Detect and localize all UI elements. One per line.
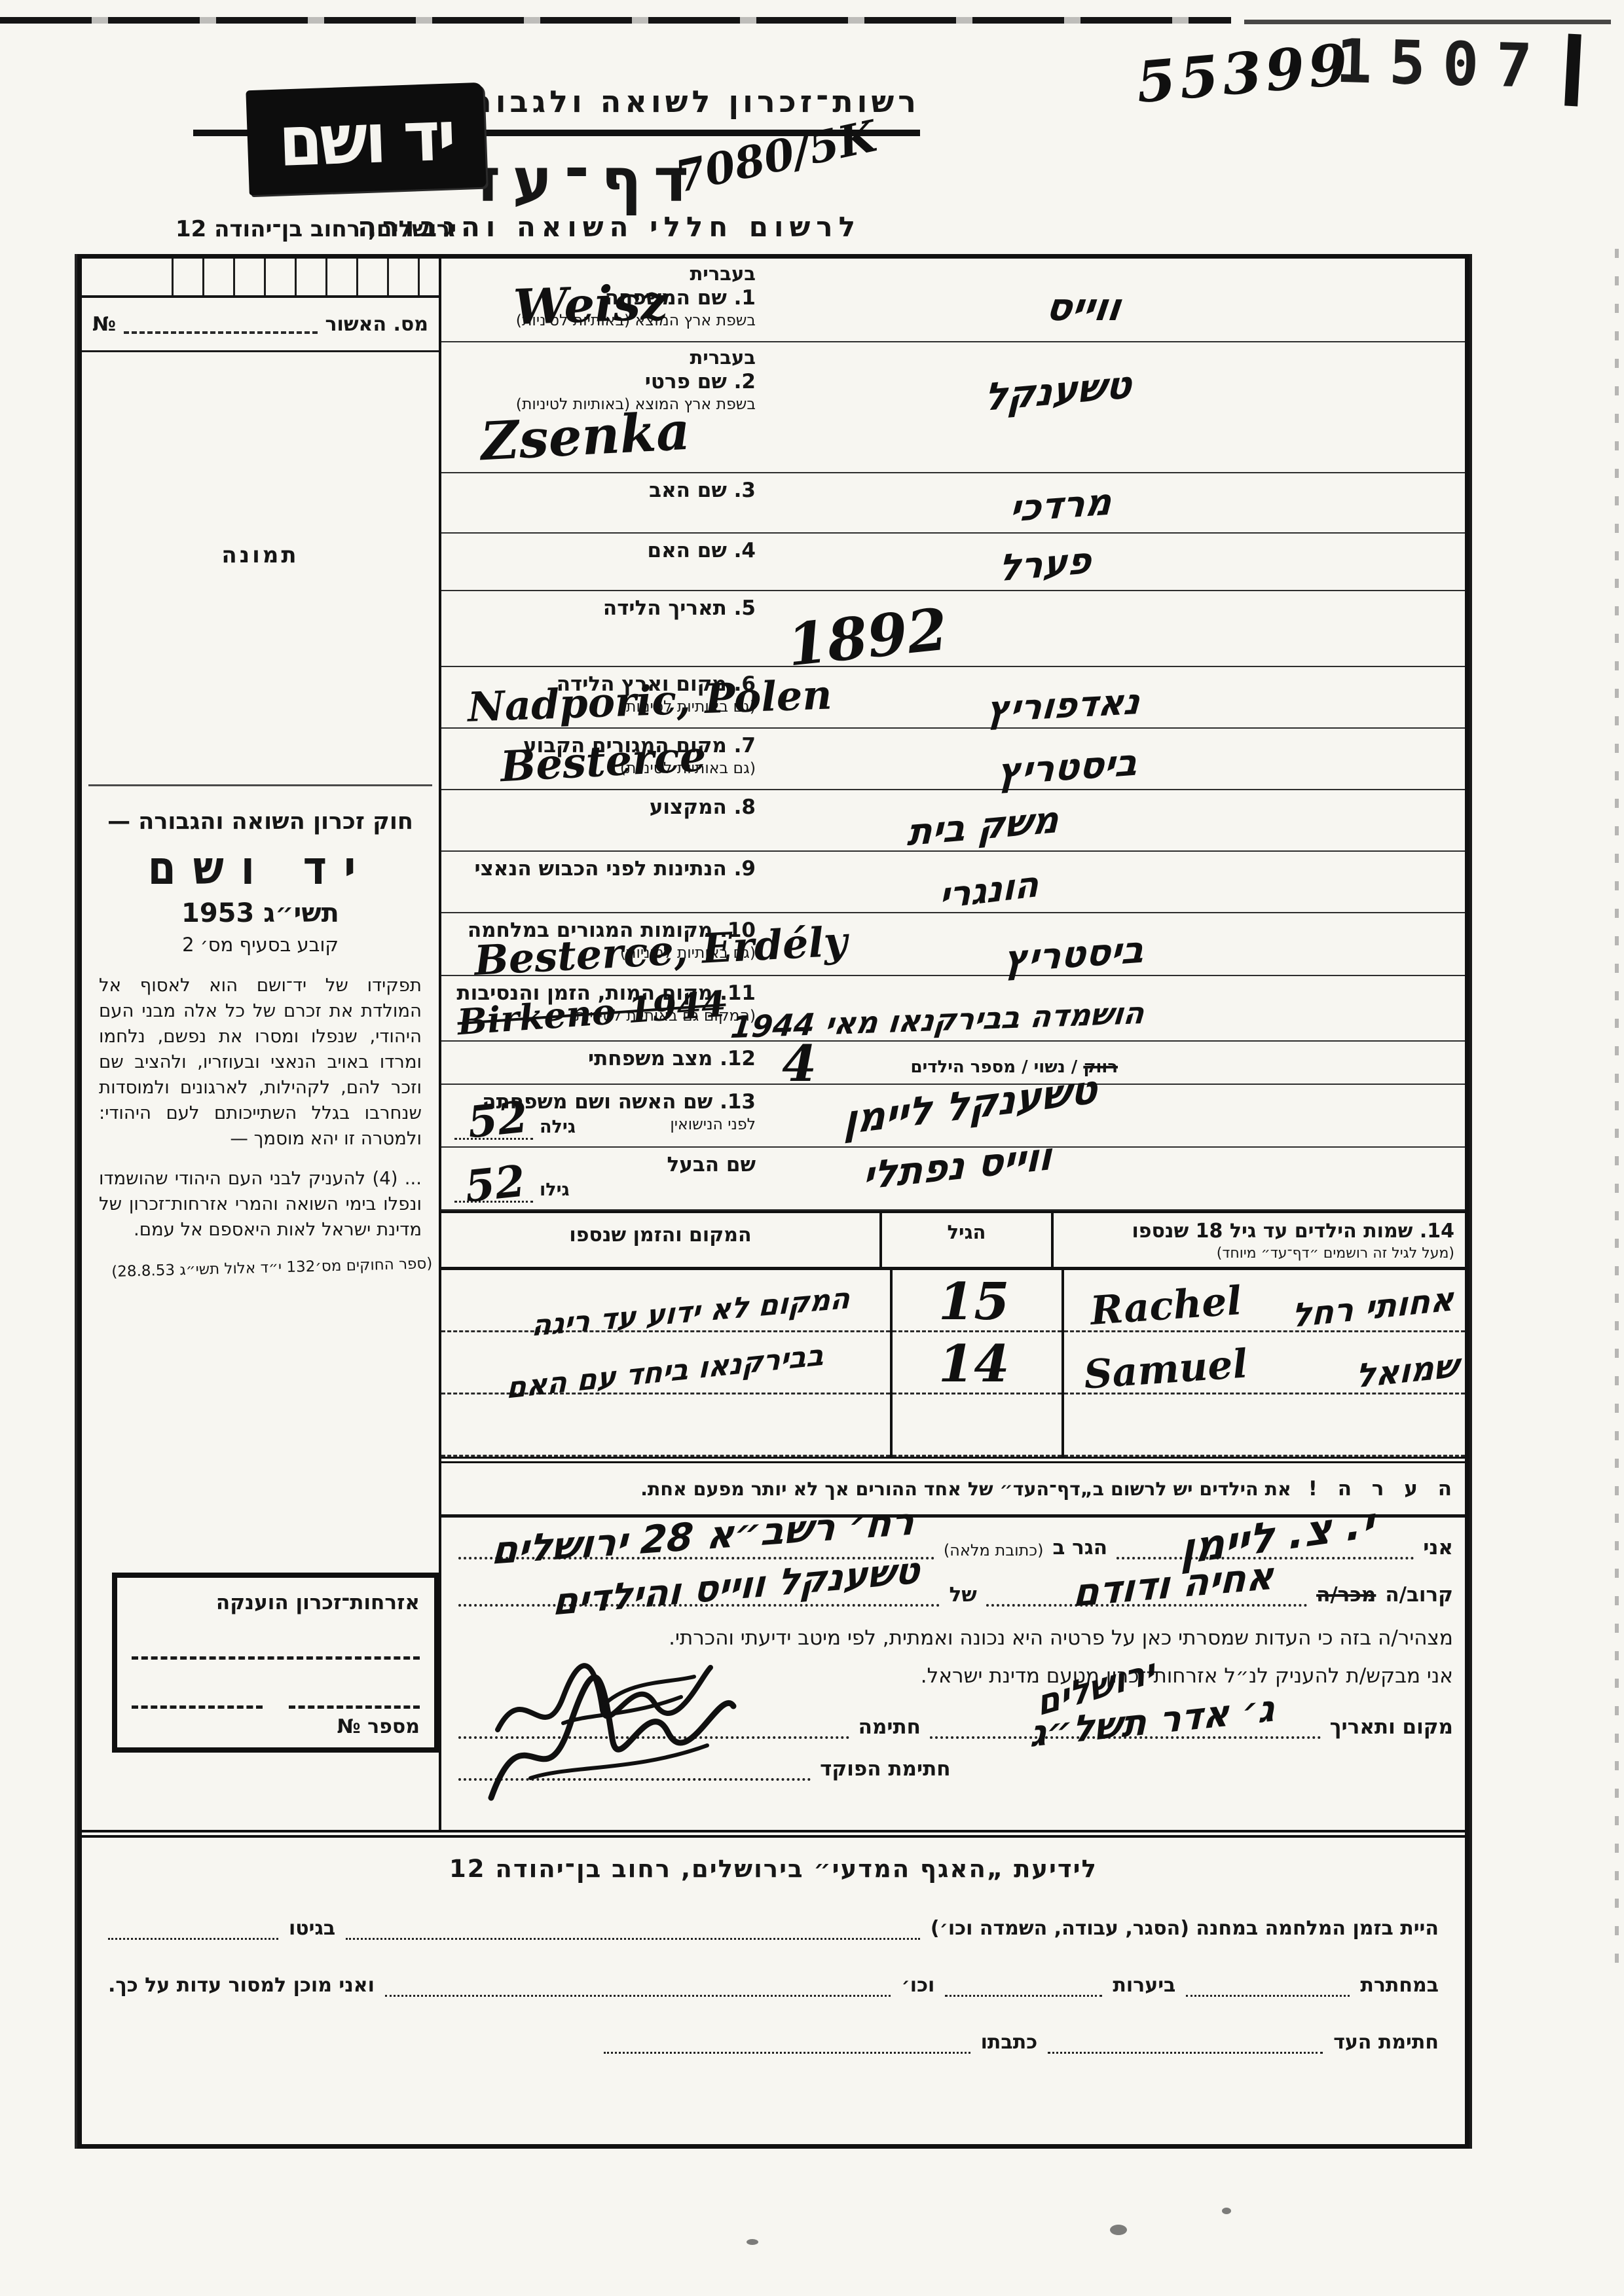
child-place-row-empty [441,1394,890,1457]
field-row-citizenship: 9. הנתינות לפני הכבוש הנאצי הונגרי [441,852,1465,913]
place-date-blank: ירושלים ג׳ אדר תשל״ג [930,1714,1321,1739]
col-age-header: הגיל [879,1213,1054,1267]
bottom-title: לידיעת „האגף המדעי״ בירושלים, רחוב בן־יה… [108,1855,1439,1883]
scan-streak [1244,20,1611,24]
etc-label: וכו׳ [901,1974,934,1997]
decl-resident: הגר ב [1052,1536,1107,1559]
scan-mark [1564,34,1581,107]
law-yad-vashem-logo: יד ושם [99,841,422,896]
form-frame: בעברית 1. שם המשפחה בשפת ארץ המוצא (באות… [77,254,1469,2149]
child-name-hebrew: שמואל [1355,1347,1459,1396]
value-latin: Birkeno 1944 [456,983,727,1043]
form-main: בעברית 1. שם המשפחה בשפת ארץ המוצא (באות… [82,259,1465,1830]
scientific-branch-section: לידיעת „האגף המדעי״ בירושלים, רחוב בן־יה… [82,1830,1465,2157]
field-row-mother-name: 4. שם האם פערל [441,534,1465,591]
value-hebrew: ביסטריץ [996,741,1139,793]
note-heading: ה ע ר ה ! [1308,1477,1458,1501]
grant-dashed-line [289,1692,420,1709]
value-hebrew: הונגרי [939,863,1039,917]
approval-label: מס. האשור [325,313,429,336]
forests-label: ביערות [1113,1974,1175,1997]
fields-column: בעברית 1. שם המשפחה בשפת ארץ המוצא (באות… [439,259,1465,1830]
decl-rel-struck: מכר/ה [1316,1583,1376,1607]
underground-label: במחתרת [1360,1974,1439,1997]
field-row-permanent-residence: 7. מקום המגורים הקבוע (גם באותיות לטיניו… [441,729,1465,790]
etc-blank [385,1975,891,1997]
logo-text: יד ושם [278,96,455,182]
decl-statement-text: מצהיר/ה בזה כי העדות שמסרתי כאן על פרטיה… [669,1626,1453,1650]
decl-line-relation: קרוב/ה מכר/ה אחיה ודודם של טשענקל ווייס … [458,1582,1453,1607]
clerk-signature-label: חתימת הפוקד [820,1757,950,1781]
field-row-wartime-residence: 10. מקומות המגורים במלחמה (גם באותיות לט… [441,913,1465,976]
bottom-line-witness: חתימת העד כתבתו [108,2031,1439,2054]
husband-age-hw: 52 [462,1155,528,1212]
witness-address-blank [604,2032,970,2054]
value-latin: Nadporic, Polen [467,670,833,731]
declaration-section: אני י. צ. ליימן הגר ב (כתובת מלאה) רח׳ ר… [441,1518,1465,1830]
clerk-signature-blank [458,1756,811,1781]
approval-number-row: מס. האשור № [82,298,439,352]
camps-blank [346,1918,920,1940]
grant-dashed-line [132,1692,263,1709]
child-name-latin: Samuel [1082,1341,1249,1398]
child-place-row: המקום לא ידוע עד ריגה [441,1270,890,1332]
decl-statement: מצהיר/ה בזה כי העדות שמסרתי כאן על פרטיה… [458,1626,1453,1650]
witness-signature-blank [1048,2032,1323,2054]
camps-label: היית בזמן המלחמה במחנה (הסגר, עבודה, השמ… [931,1917,1439,1940]
field-row-marital-status: 12. מצב משפחתי רווק / נשוי / מספר הילדים… [441,1042,1465,1085]
child-age-row-empty [893,1394,1061,1457]
approval-no-sign: № [92,313,116,336]
decl-i: אני [1423,1536,1453,1559]
photo-box: תמונה [88,352,432,786]
witness-address-label: כתבתו [981,2031,1038,2054]
children-title: 14. שמות הילדים עד גיל 18 שנספו [1054,1220,1454,1243]
yad-vashem-logo-stamp: יד ושם [246,82,486,196]
grant-title: אזרחות־זכרון הוענקה [132,1591,420,1614]
wife-age-hw: 52 [465,1091,530,1148]
age-label: גילה [540,1117,576,1137]
law-reference: (ספר החוקים מס׳132 י״ד אלול תשי״ג 28.8.5… [81,1238,439,1281]
child-age-row: 14 [893,1332,1061,1394]
field-row-death-place: 11. מקום המות, הזמן והנסיבות (המקום גם ב… [441,976,1465,1042]
field-row-husband-name: שם הבעל ווייס נפתלי גילו 52 [441,1148,1465,1211]
child-name-row: שמואל Samuel [1064,1332,1465,1394]
law-section: קובע בסעיף מס׳ 2 [99,934,422,956]
handwritten-registry-number: 7080/5K [671,111,881,203]
place-date-label: מקום ותאריך [1330,1715,1453,1739]
value-latin: Besterce [499,732,707,792]
children-table: 14. שמות הילדים עד גיל 18 שנספו (מעל לגי… [441,1211,1465,1463]
scan-speck [747,2239,758,2245]
value-hebrew: משק בית [906,799,1060,855]
child-place-row: בבירקנאו ביחד עם האם [441,1332,890,1394]
tick-strip [172,259,439,295]
value-hebrew: מרדכי [1008,481,1113,530]
child-name-latin: Rachel [1089,1278,1244,1334]
scan-streak [0,17,1231,24]
grant-number-label: מספר № [132,1715,420,1738]
law-title: חוק זכרון השואה והגבורה — [99,809,422,835]
age-label: גילו [540,1180,570,1200]
tick-strip-row [82,259,439,298]
logo-address: ירושלים, רחוב בן־יהודה 12 [175,216,456,242]
scanned-testimony-page: 55399 1507 רשות־זכרון לשואה ולגבורה, ירו… [0,0,1624,2296]
grant-dashed-line [132,1643,420,1660]
value-hebrew: טשענקל [984,362,1133,420]
field-row-first-name: בעברית 2. שם פרטי בשפת ארץ המוצא (באותיו… [441,342,1465,473]
value-hebrew: נאדפוריץ [986,681,1142,731]
field-row-birth-date: 5. תאריך הלידה 1892 [441,591,1465,667]
children-table-header: 14. שמות הילדים עד גיל 18 שנספו (מעל לגי… [441,1213,1465,1270]
handwritten-file-number: 55399 [1134,31,1354,116]
scan-speck [1222,2208,1231,2214]
law-paragraph-4: ... (4) להעניק לבני העם היהודי שהושמדו ו… [99,1166,422,1243]
form-title: דף־עד [465,145,701,215]
law-block: חוק זכרון השואה והגבורה — יד ושם תשי״ג 1… [82,786,439,1243]
decl-request-text: אני מבקש/ת להעניק לנ״ל אזרחות־זכרון מטעם… [921,1664,1453,1688]
children-count-hw: 4 [782,1034,817,1093]
value-hebrew: ווייס [1043,285,1124,329]
child-age-hw: 15 [938,1272,1010,1332]
value-latin: Besterce, Erdély [473,917,848,985]
value-hebrew: פערל [998,539,1093,591]
relation-hw: אחיה ודודם [1072,1553,1275,1615]
field-row-family-name: בעברית 1. שם המשפחה בשפת ארץ המוצא (באות… [441,259,1465,342]
value-latin: Zsenka [479,400,692,473]
underground-blank [1186,1975,1350,1997]
clerk-signature-line: חתימת הפוקד [458,1756,1453,1781]
value-latin: Weisz [513,274,669,336]
col-place-header: המקום והזמן שנספו [441,1213,879,1267]
bottom-line-camps: היית בזמן המלחמה במחנה (הסגר, עבודה, השמ… [108,1917,1439,1940]
child-name-row-empty [1064,1394,1465,1457]
stamped-number: 1507 [1335,26,1550,101]
field-row-father-name: 3. שם האב מרדכי [441,473,1465,534]
signature-label: חתימה [858,1715,921,1739]
witness-signature-label: חתימת העד [1333,2031,1439,2054]
children-subtitle: (מעל לגיל זה רושמים ״דף־עד״ מיוחד) [1054,1245,1454,1262]
decl-of: של [949,1583,976,1607]
willing-testify-text: ואני מוכן למסור עדות על כך. [108,1974,375,1997]
field-row-wife-name: 13. שם האשה ושם משפחתה לפני הנישואין טשע… [441,1085,1465,1148]
ghetto-label: בגיטו [289,1917,335,1940]
memorial-citizenship-box: אזרחות־זכרון הוענקה מספר № [112,1573,439,1753]
decl-resident-sub: (כתובת מלאה) [944,1541,1044,1559]
ghetto-blank [108,1918,278,1940]
law-body: תפקידו של יד־ושם הוא לאסוף אל המולדת את … [99,973,422,1152]
child-name-row: אחותי רחל Rachel [1064,1270,1465,1332]
photo-label: תמונה [88,542,432,568]
scan-speck [1110,2225,1127,2235]
clerk-signature-scribble [471,1667,747,1811]
victim-name-blank: טשענקל ווייס והילדים [458,1582,940,1607]
approval-dotted-line [124,314,317,334]
note-text: את הילדים יש לרשום ב„דף־העד״ של אחד ההור… [640,1478,1291,1500]
value-hebrew: ביסטריץ [1003,928,1145,981]
forests-blank [945,1975,1102,1997]
decl-line-identity: אני י. צ. ליימן הגר ב (כתובת מלאה) רח׳ ר… [458,1535,1453,1559]
field-row-birth-place: 6. מקום וארץ הלידה (גם באותיות לטיניות) … [441,667,1465,729]
relation-blank: אחיה ודודם [986,1582,1307,1607]
child-age-hw: 14 [938,1334,1010,1394]
field-row-profession: 8. המקצוע משק בית [441,790,1465,852]
bottom-line-underground: במחתרת ביערות וכו׳ ואני מוכן למסור עדות … [108,1974,1439,1997]
child-age-row: 15 [893,1270,1061,1332]
child-name-hebrew: אחותי רחל [1291,1280,1455,1336]
decl-rel: קרוב/ה [1385,1583,1453,1607]
law-year: תשי״ג 1953 [99,898,422,928]
left-column: מס. האשור № תמונה חוק זכרון השואה והגבור… [82,259,439,1830]
page-edge-perforation [1615,249,1619,1964]
